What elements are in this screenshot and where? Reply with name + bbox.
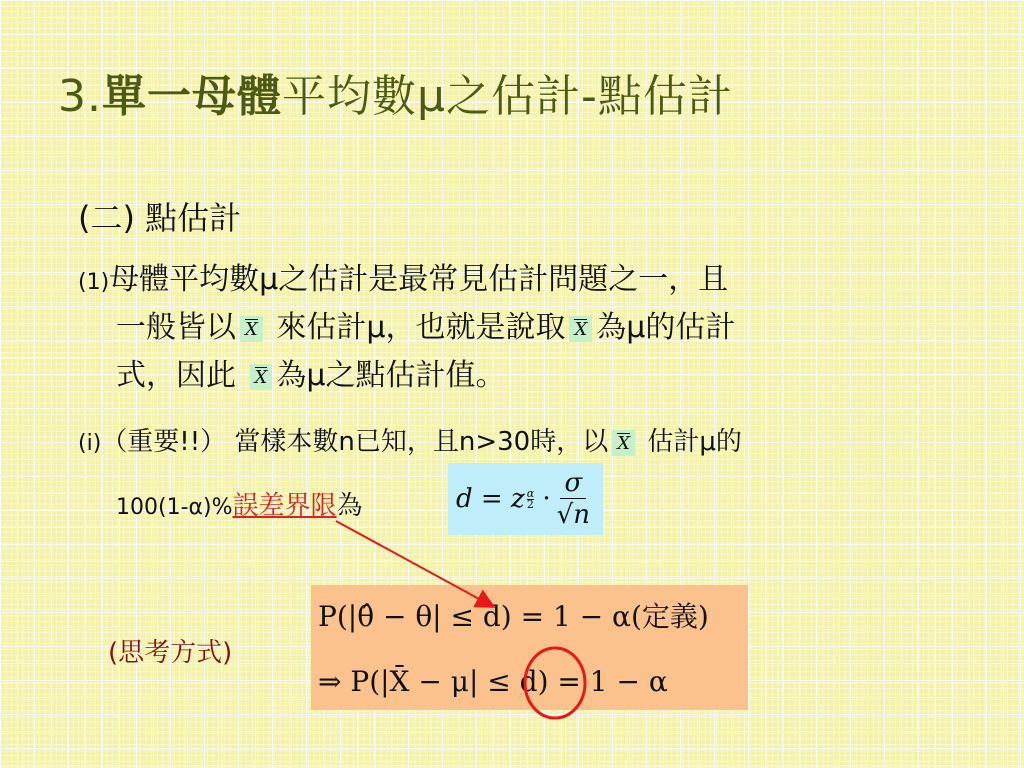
highlight-circle-icon: [525, 648, 585, 718]
thinking-label: (思考方式): [108, 632, 232, 669]
